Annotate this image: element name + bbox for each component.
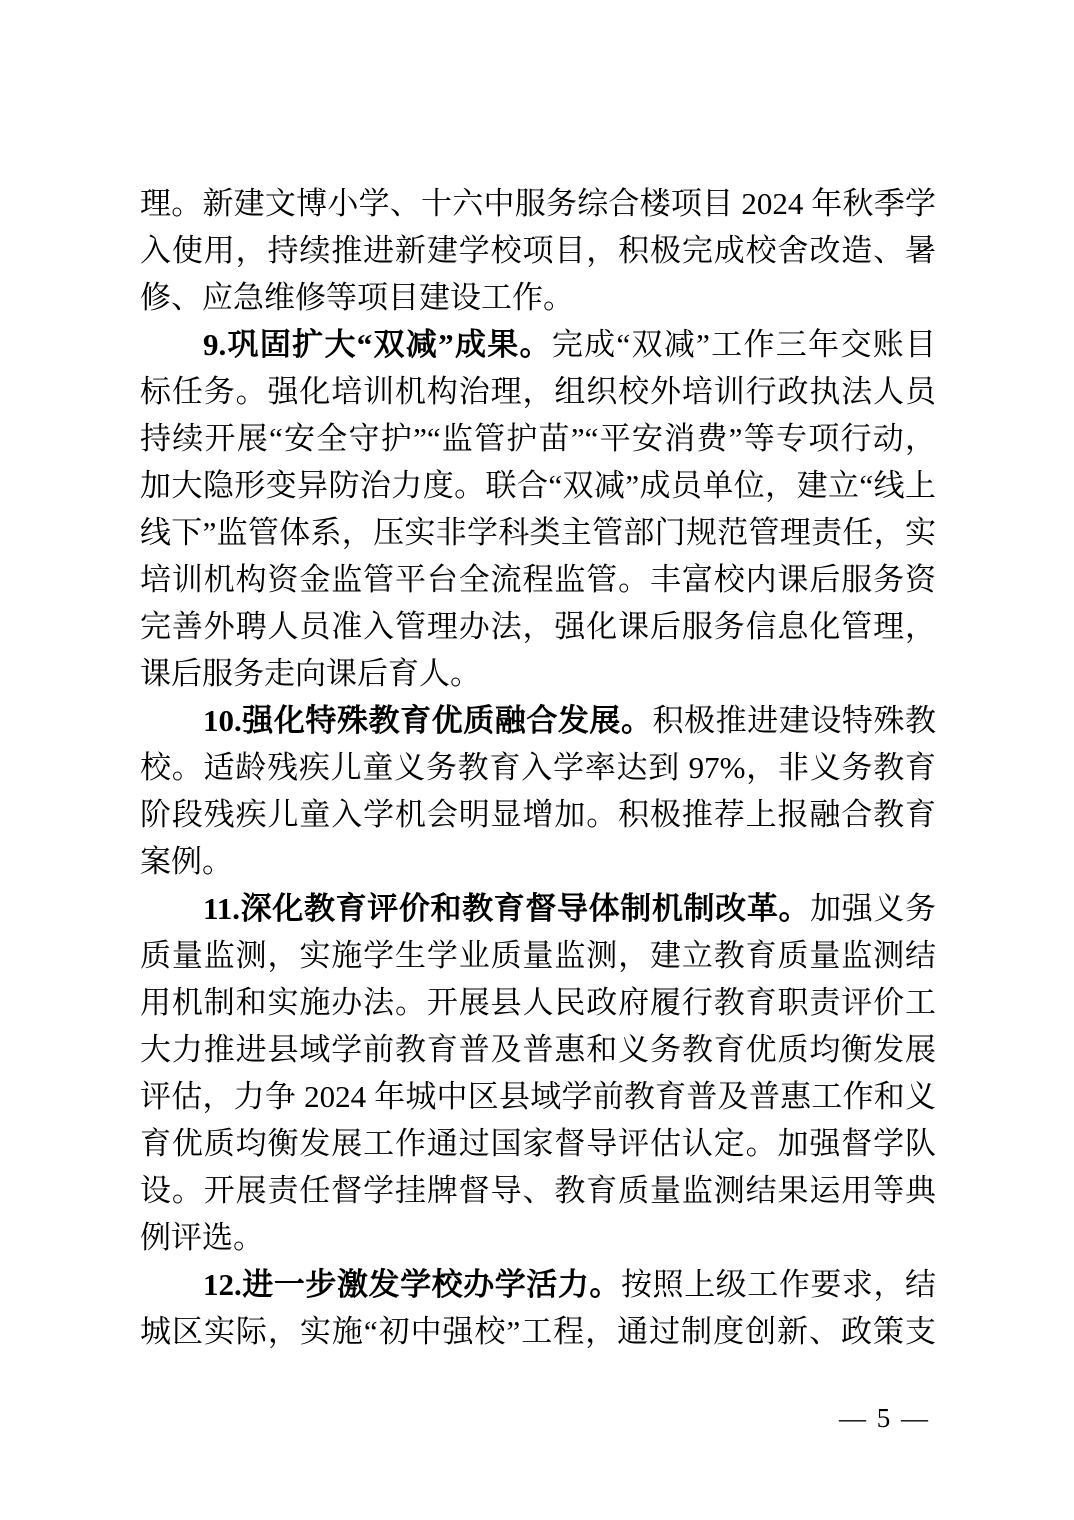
document-line: 标任务。强化培训机构治理，组织校外培训行政执法人员培训，	[140, 368, 936, 415]
document-line: 9.巩固扩大“双减”成果。完成“双减”工作三年交账目	[140, 321, 936, 368]
document-line: 入使用，持续推进新建学校项目，积极完成校舍改造、暑期维	[140, 227, 936, 274]
paragraph-lead: 9.巩固扩大“双减”成果。	[203, 327, 552, 362]
document-line: 阶段残疾儿童入学机会明显增加。积极推荐上报融合教育优秀	[140, 791, 936, 838]
document-line: 城区实际，实施“初中强校”工程，通过制度创新、政策支持	[140, 1308, 936, 1355]
document-line: 10.强化特殊教育优质融合发展。积极推进建设特殊教育学	[140, 697, 936, 744]
document-line: 完善外聘人员准入管理办法，强化课后服务信息化管理，推动	[140, 603, 936, 650]
document-line: 评估，力争 2024 年城中区县域学前教育普及普惠工作和义务教	[140, 1073, 936, 1120]
document-line: 用机制和实施办法。开展县人民政府履行教育职责评价工作。	[140, 979, 936, 1026]
document-line: 加大隐形变异防治力度。联合“双减”成员单位，建立“线上+	[140, 462, 936, 509]
document-line: 理。新建文博小学、十六中服务综合楼项目 2024 年秋季学期投	[140, 180, 936, 227]
document-line: 课后服务走向课后育人。	[140, 650, 936, 697]
page-number: — 5 —	[839, 1398, 930, 1438]
paragraph-lead: 10.强化特殊教育优质融合发展。	[203, 703, 653, 738]
document-line: 育优质均衡发展工作通过国家督导评估认定。加强督学队伍建	[140, 1120, 936, 1167]
paragraph-lead: 11.深化教育评价和教育督导体制机制改革。	[203, 891, 810, 926]
document-line: 12.进一步激发学校办学活力。按照上级工作要求，结合本	[140, 1261, 936, 1308]
document-body: 理。新建文博小学、十六中服务综合楼项目 2024 年秋季学期投入使用，持续推进新…	[140, 180, 936, 1355]
paragraph-lead: 12.进一步激发学校办学活力。	[203, 1267, 621, 1302]
document-line: 培训机构资金监管平台全流程监管。丰富校内课后服务资源，	[140, 556, 936, 603]
document-page: 理。新建文博小学、十六中服务综合楼项目 2024 年秋季学期投入使用，持续推进新…	[0, 0, 1074, 1520]
document-line: 持续开展“安全守护”“监管护苗”“平安消费”等专项行动，	[140, 415, 936, 462]
document-line: 线下”监管体系，压实非学科类主管部门规范管理责任，实现	[140, 509, 936, 556]
document-line: 11.深化教育评价和教育督导体制机制改革。加强义务教育	[140, 885, 936, 932]
document-line: 大力推进县域学前教育普及普惠和义务教育优质均衡发展督导	[140, 1026, 936, 1073]
document-line: 案例。	[140, 838, 936, 885]
document-line: 修、应急维修等项目建设工作。	[140, 274, 936, 321]
document-line: 质量监测，实施学生学业质量监测，建立教育质量监测结果运	[140, 932, 936, 979]
document-line: 校。适龄残疾儿童义务教育入学率达到 97%，非义务教育教育	[140, 744, 936, 791]
document-line: 例评选。	[140, 1214, 936, 1261]
document-line: 设。开展责任督学挂牌督导、教育质量监测结果运用等典型案	[140, 1167, 936, 1214]
